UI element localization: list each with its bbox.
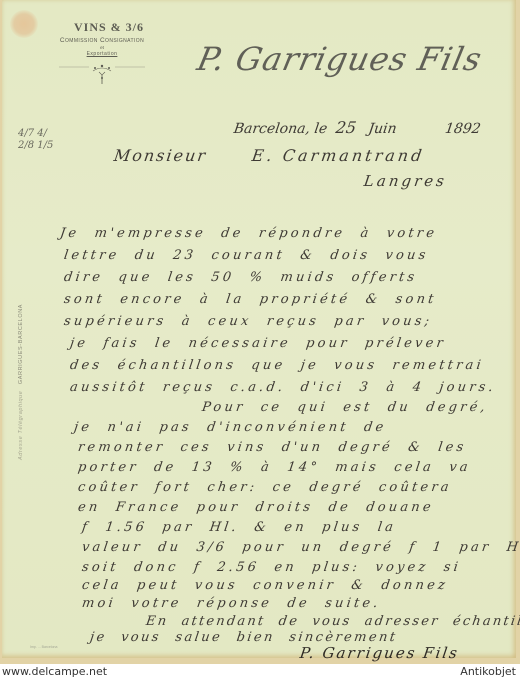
letterhead-line3: Exportation: [32, 51, 172, 57]
body-line: je n'ai pas d'inconvénient de: [73, 420, 388, 435]
body-line: f 1.56 par Hl. & en plus la: [81, 520, 397, 535]
body-line: Pour ce qui est du degré,: [201, 400, 489, 415]
body-line: aussitôt reçus c.a.d. d'ici 3 à 4 jours.: [69, 380, 497, 395]
body-line: supérieurs à ceux reçus par vous;: [63, 314, 433, 329]
dateline-place: Barcelona, le: [233, 121, 329, 137]
body-line: moi votre réponse de suite.: [81, 596, 382, 611]
telegraphic-address-label: Adresse Télégraphique: [18, 391, 24, 460]
closing-line-1: En attendant de vous adresser échantillo…: [145, 614, 520, 629]
body-line: dire que les 50 % muids offerts: [63, 270, 418, 285]
body-line: coûter fort cher: ce degré coûtera: [77, 480, 453, 495]
firm-name-header: P. Garrigues Fils: [194, 40, 486, 78]
dateline-day: 25: [335, 118, 358, 137]
body-line: en France pour droits de douane: [77, 500, 435, 515]
body-line: valeur du 3/6 pour un degré f 1 par Hl.: [81, 540, 520, 555]
source-site: www.delcampe.net: [2, 665, 107, 678]
body-line: Je m'empresse de répondre à votre: [59, 226, 438, 241]
telegraphic-address: Adresse Télégraphique GARRIGUES-BARCELON…: [18, 304, 24, 460]
dateline-year: 1892: [444, 121, 482, 137]
body-line: remonter ces vins d'un degré & les: [77, 440, 467, 455]
letterhead-subtitle: Commission Consignation: [32, 37, 172, 44]
body-line: soit donc f 2.56 en plus: voyez si: [81, 560, 462, 575]
dateline: Barcelona, le 25 Juin 1892: [233, 118, 483, 137]
signature: P. Garrigues Fils: [299, 644, 460, 662]
recipient-name: E. Carmantrand: [251, 146, 426, 165]
body-line: je fais le nécessaire pour prélever: [69, 336, 447, 351]
margin-note: 4/7 4/ 2/8 1/5: [18, 128, 53, 152]
letterhead: VINS & 3/6 Commission Consignation et Ex…: [32, 20, 172, 90]
body-line: sont encore à la propriété & sont: [63, 292, 438, 307]
margin-note-line: 2/8 1/5: [18, 140, 53, 152]
printer-note: Imp. ... Barcelona: [30, 645, 57, 649]
dateline-month: Juin: [367, 121, 397, 137]
floral-ornament-icon: [57, 63, 147, 85]
body-line: cela peut vous convenir & donnez: [81, 578, 449, 593]
letter-paper: VINS & 3/6 Commission Consignation et Ex…: [2, 0, 516, 658]
letterhead-conjunction: et: [32, 45, 172, 50]
recipient-city: Langres: [363, 172, 448, 190]
seller-name: Antikobjet: [460, 665, 516, 678]
margin-note-line: 4/7 4/: [18, 128, 53, 140]
closing-line-2: je vous salue bien sincèrement: [89, 630, 398, 645]
watermark-footer: www.delcampe.net Antikobjet: [0, 664, 520, 680]
body-line: des échantillons que je vous remettrai: [69, 358, 485, 373]
document-frame: VINS & 3/6 Commission Consignation et Ex…: [0, 0, 520, 664]
body-line: porter de 13 % à 14° mais cela va: [77, 460, 472, 475]
body-line: lettre du 23 courant & dois vous: [63, 248, 430, 263]
recipient-salutation: Monsieur: [113, 146, 209, 165]
letterhead-title: VINS & 3/6: [46, 20, 172, 35]
telegraphic-address-value: GARRIGUES-BARCELONA: [18, 304, 24, 384]
